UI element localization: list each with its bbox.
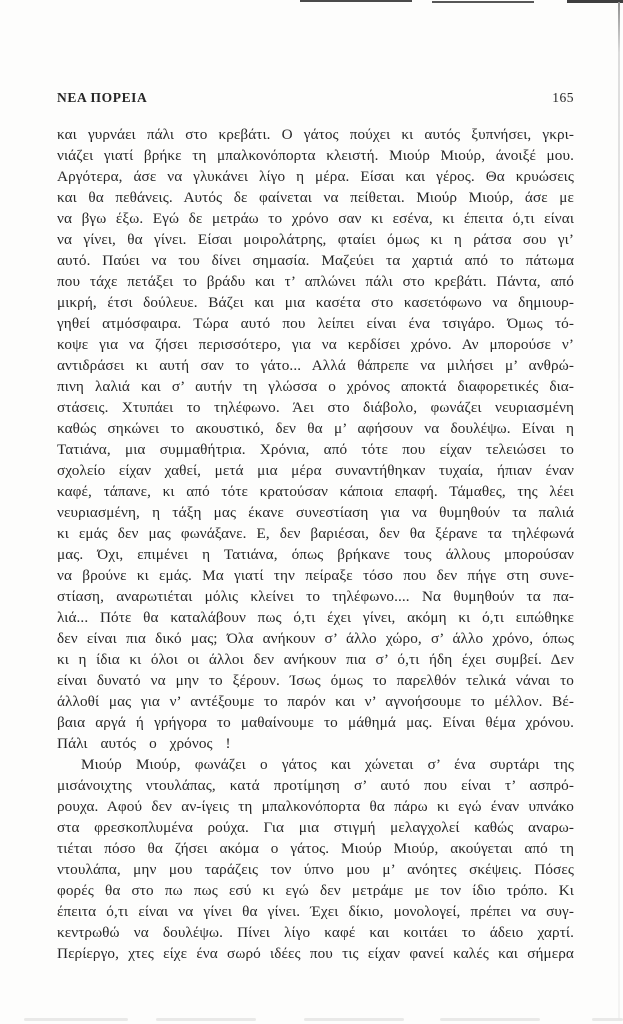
page-header: ΝΕΑ ΠΟΡΕΙΑ 165 [57,90,574,105]
text-line: που τάχε πετάξει το βράδυ και τ’ απλώνει… [57,271,574,292]
text-line: Αργότερα, άσε να γλυκάνει λίγο η μέρα. Ε… [57,166,574,187]
text-line: να βγω έξω. Εγώ δε μετράω το χρόνο σαν κ… [57,208,574,229]
scan-edge-smudge [592,1018,623,1021]
text-line: λιά... Πότε θα καταλάβουν πως ό,τι έχει … [57,607,574,628]
text-line: στα φρεσκοπλυμένα ρούχα. Για μια στιγμή … [57,817,574,838]
text-line: στάσεις. Χτυπάει το τηλέφωνο. Άει στο δι… [57,397,574,418]
text-line: δεν είναι πια δικό μας; Όλα ανήκουν σ’ ά… [57,628,574,649]
text-line: Μιούρ Μιούρ, φωνάζει ο γάτος και χώνεται… [57,754,574,775]
text-line: κοψε για να ζήσει περισσότερο, για να κε… [57,334,574,355]
text-line: τιέται πόσο θα ζήσει ακόμα ο γάτος. Μιού… [57,838,574,859]
text-line: Περίεργο, χτες είχε ένα σωρό ιδέες που τ… [57,943,574,964]
text-line: στίαση, αναρωτιέται μόλις κλείνει το τηλ… [57,586,574,607]
text-line: αυτό. Παύει να του δίνει σημασία. Μαζεύε… [57,250,574,271]
body-text: και γυρνάει πάλι στο κρεβάτι. Ο γάτος πο… [57,124,574,964]
scan-edge-mark [567,0,623,3]
text-line: καφέ, τάπανε, κι από τότε κρατούσαν κάπο… [57,481,574,502]
text-line: φορές θα στο πω πως εσύ κι εγώ δεν μετρά… [57,880,574,901]
paragraph: και γυρνάει πάλι στο κρεβάτι. Ο γάτος πο… [57,124,574,754]
scan-edge-mark [432,1,534,3]
text-line: Πάλι αυτός ο χρόνος ! [57,733,574,754]
scan-edge-smudge [304,1018,404,1021]
book-page: ΝΕΑ ΠΟΡΕΙΑ 165 και γυρνάει πάλι στο κρεβ… [0,0,623,1024]
scan-edge-smudge [24,1018,128,1021]
text-line: αντιδράσει κι αυτή σαν το γάτο... Αλλά θ… [57,355,574,376]
text-line: πινη λαλιά και σ’ αυτήν τη γλώσσα ο χρόν… [57,376,574,397]
text-line: μας. Όχι, επιμένει η Τατιάνα, όπως βρήκα… [57,544,574,565]
text-line: ρουχα. Αφού δεν αν-ίγεις τη μπαλκονόπορτ… [57,796,574,817]
text-line: μικρή, έτσι δούλευε. Βάζει και μια κασέτ… [57,292,574,313]
text-line: άλλοθί μας για ν’ αντέξουμε το παρόν και… [57,691,574,712]
text-line: και θα πεθάνεις. Αυτός δε φαίνεται να πε… [57,187,574,208]
text-line: και γυρνάει πάλι στο κρεβάτι. Ο γάτος πο… [57,124,574,145]
paragraph: Μιούρ Μιούρ, φωνάζει ο γάτος και χώνεται… [57,754,574,964]
page-number: 165 [552,90,574,105]
text-line: να βρούνε κι εμάς. Μα γιατί την πείραξε … [57,565,574,586]
text-line: να γίνει, θα γίνει. Είσαι μοιρολάτρης, φ… [57,229,574,250]
text-line: κι η ίδια κι όλοι οι άλλοι δεν ανήκουν π… [57,649,574,670]
scan-edge-smudge [156,1018,256,1021]
text-line: νευριασμένη, η τάξη μας έκανε συνεστίαση… [57,502,574,523]
scan-page-edge [618,2,620,1020]
text-line: καθώς σηκώνει το ακουστικό, δεν θα μ’ αφ… [57,418,574,439]
text-line: κι εμάς δεν μας φωνάξανε. Ε, δεν βαριέσα… [57,523,574,544]
text-line: Τατιάνα, μια συμμαθήτρια. Χρόνια, από τό… [57,439,574,460]
scan-edge-smudge [440,1018,540,1021]
text-line: γηθεί ατμόσφαιρα. Τώρα αυτό που λείπει ε… [57,313,574,334]
text-line: είναι δυνατό να μην το ξέρουν. Ίσως όμως… [57,670,574,691]
text-line: βαια αργά ή γρήγορα το μαθαίνουμε το μάθ… [57,712,574,733]
text-line: νιάζει γιατί βρήκε τη μπαλκονόπορτα κλει… [57,145,574,166]
text-line: ντουλάπα, μην μου ταράζεις τον ύπνο μου … [57,859,574,880]
text-line: έπειτα ό,τι είναι να γίνει θα γίνει. Έχε… [57,901,574,922]
text-line: κεντρωθώ να δουλέψω. Πίνει λίγο καφέ και… [57,922,574,943]
text-line: μισάνοιχτης ντουλάπας, κατά προτίμηση σ’… [57,775,574,796]
scan-edge-mark [300,0,412,2]
running-title: ΝΕΑ ΠΟΡΕΙΑ [57,90,147,105]
text-line: σχολείο είχαν χαθεί, μετά μια μέρα συναν… [57,460,574,481]
